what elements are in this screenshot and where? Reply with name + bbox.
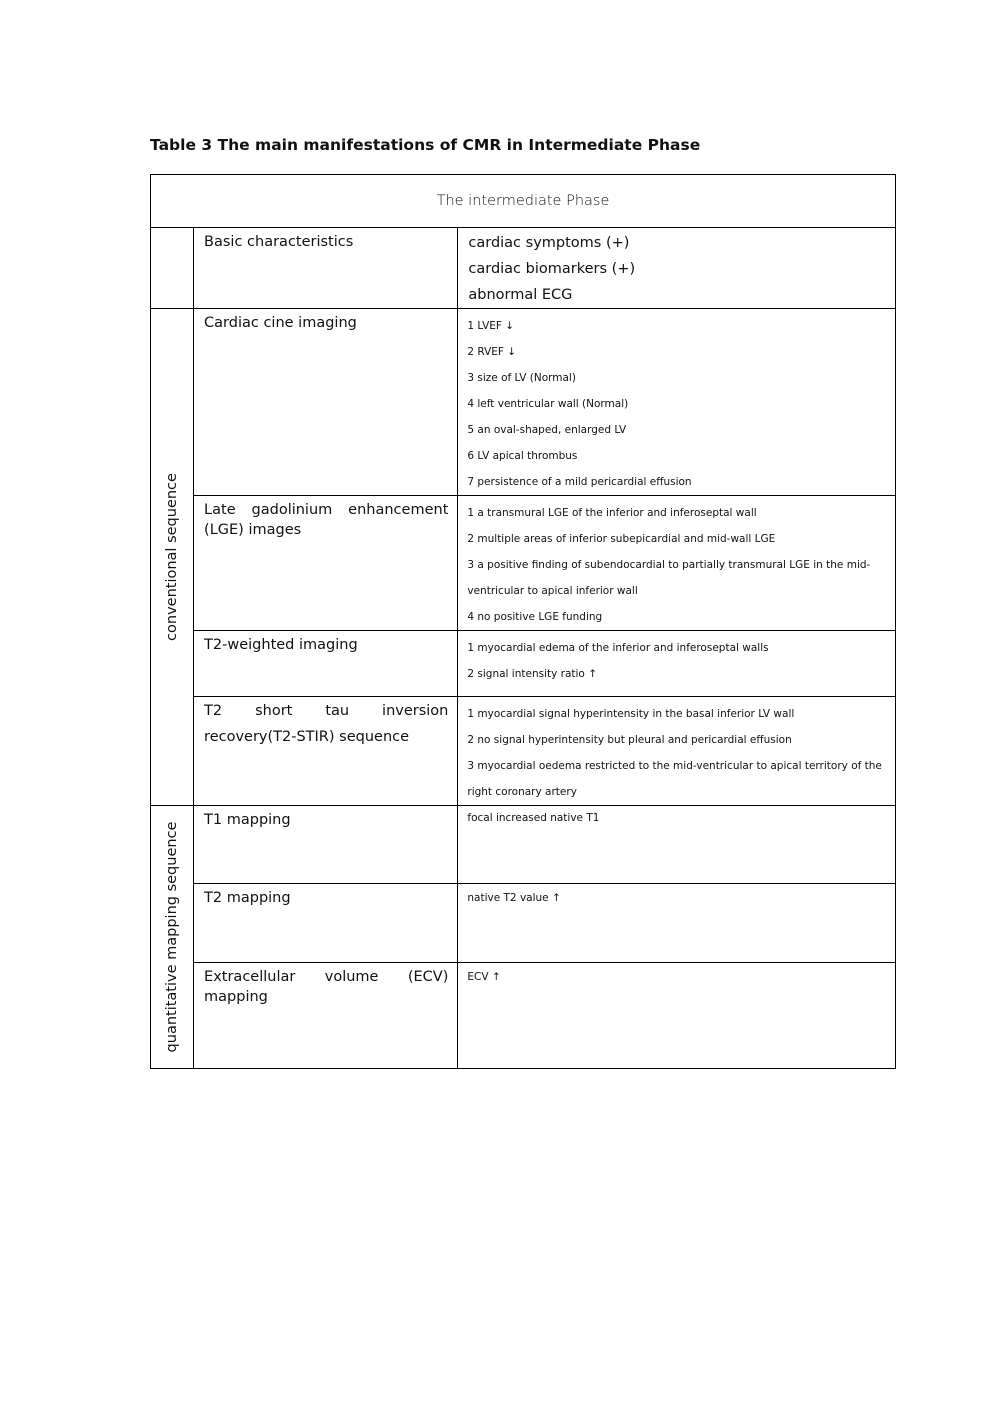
row-label-t2-mapping: T2 mapping [194,884,458,963]
list-item: 6 LV apical thrombus [467,443,887,469]
list-item: 2 RVEF ↓ [467,339,887,365]
table-header-row: The intermediate Phase [151,175,896,228]
row-label-lge: Late gadolinium enhancement (LGE) images [194,496,458,631]
cmr-manifestations-table: The intermediate Phase Basic characteris… [150,174,896,1069]
table-caption: Table 3 The main manifestations of CMR i… [150,136,700,154]
row-label-t2-weighted: T2-weighted imaging [194,631,458,697]
list-item: ECV ↑ [467,969,887,985]
list-item: 3 myocardial oedema restricted to the mi… [467,753,887,805]
list-item: 3 a positive finding of subendocardial t… [467,552,887,604]
table-row-t2-stir: T2 short tau inversion recovery(T2-STIR)… [151,697,896,806]
row-content-lge: 1 a transmural LGE of the inferior and i… [458,496,896,631]
group-label-conventional: conventional sequence [164,473,180,641]
row-content-ecv-mapping: ECV ↑ [458,963,896,1069]
table-row-t1-mapping: quantitative mapping sequence T1 mapping… [151,806,896,884]
list-item: 1 myocardial edema of the inferior and i… [467,635,887,661]
list-item: 1 LVEF ↓ [467,313,887,339]
list-item: 7 persistence of a mild pericardial effu… [467,469,887,495]
list-item: cardiac symptoms (+) [468,230,885,256]
table-row-t2-mapping: T2 mapping native T2 value ↑ [151,884,896,963]
group-cell-empty [151,228,194,309]
row-label-t2-stir: T2 short tau inversion recovery(T2-STIR)… [194,697,458,806]
table-row-lge: Late gadolinium enhancement (LGE) images… [151,496,896,631]
row-label-basic: Basic characteristics [194,228,458,309]
list-item: cardiac biomarkers (+) [468,256,885,282]
table-row-cine: conventional sequence Cardiac cine imagi… [151,309,896,496]
row-content-cine: 1 LVEF ↓ 2 RVEF ↓ 3 size of LV (Normal) … [458,309,896,496]
row-content-t2-weighted: 1 myocardial edema of the inferior and i… [458,631,896,697]
list-item: 5 an oval-shaped, enlarged LV [467,417,887,443]
group-label-quantitative: quantitative mapping sequence [164,822,180,1053]
list-item: 1 a transmural LGE of the inferior and i… [467,500,887,526]
list-item: 1 myocardial signal hyperintensity in th… [467,701,887,727]
phase-header: The intermediate Phase [151,175,896,228]
list-item: 3 size of LV (Normal) [467,365,887,391]
list-item: 4 left ventricular wall (Normal) [467,391,887,417]
row-label-ecv-mapping: Extracellular volume (ECV) mapping [194,963,458,1069]
table-row-ecv-mapping: Extracellular volume (ECV) mapping ECV ↑ [151,963,896,1069]
list-item: abnormal ECG [468,282,885,308]
row-content-t2-stir: 1 myocardial signal hyperintensity in th… [458,697,896,806]
group-cell-quantitative: quantitative mapping sequence [151,806,194,1069]
row-label-cine: Cardiac cine imaging [194,309,458,496]
table-row-t2-weighted: T2-weighted imaging 1 myocardial edema o… [151,631,896,697]
list-item: 4 no positive LGE funding [467,604,887,630]
list-item: focal increased native T1 [467,810,887,826]
table-row-basic: Basic characteristics cardiac symptoms (… [151,228,896,309]
row-content-t2-mapping: native T2 value ↑ [458,884,896,963]
row-content-t1-mapping: focal increased native T1 [458,806,896,884]
row-content-basic: cardiac symptoms (+) cardiac biomarkers … [458,228,896,309]
group-cell-conventional: conventional sequence [151,309,194,806]
list-item: native T2 value ↑ [467,890,887,906]
list-item: 2 multiple areas of inferior subepicardi… [467,526,887,552]
list-item: 2 no signal hyperintensity but pleural a… [467,727,887,753]
row-label-t1-mapping: T1 mapping [194,806,458,884]
list-item: 2 signal intensity ratio ↑ [467,661,887,687]
